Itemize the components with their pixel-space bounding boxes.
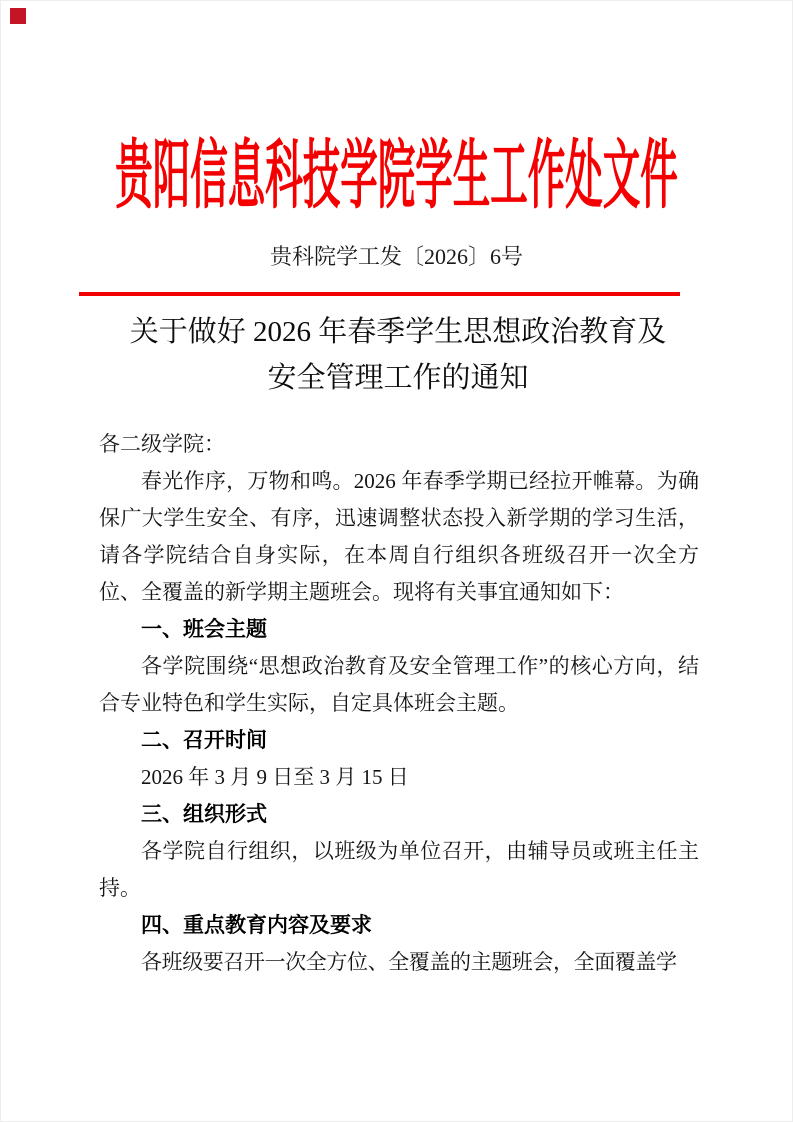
document-page: 贵阳信息科技学院学生工作处文件 贵科院学工发〔2026〕6号 关于做好 2026… bbox=[0, 0, 793, 1122]
section-1-heading: 一、班会主题 bbox=[99, 611, 699, 648]
red-header-banner: 贵阳信息科技学院学生工作处文件 bbox=[0, 134, 793, 220]
notice-title-line1: 关于做好 2026 年春季学生思想政治教育及 bbox=[96, 309, 700, 355]
doc-number: 贵科院学工发〔2026〕6号 bbox=[0, 241, 793, 273]
notice-title: 关于做好 2026 年春季学生思想政治教育及 安全管理工作的通知 bbox=[96, 309, 700, 401]
section-3-body: 各学院自行组织，以班级为单位召开，由辅导员或班主任主持。 bbox=[99, 833, 699, 907]
section-2-body: 2026 年 3 月 9 日至 3 月 15 日 bbox=[99, 759, 699, 796]
notice-body: 各二级学院： 春光作序，万物和鸣。2026 年春季学期已经拉开帷幕。为确保广大学… bbox=[99, 426, 699, 981]
red-corner-mark bbox=[10, 8, 26, 24]
section-1-body: 各学院围绕“思想政治教育及安全管理工作”的核心方向，结合专业特色和学生实际，自定… bbox=[99, 648, 699, 722]
org-title: 贵阳信息科技学院学生工作处文件 bbox=[115, 134, 678, 220]
section-2-heading: 二、召开时间 bbox=[99, 722, 699, 759]
section-3-heading: 三、组织形式 bbox=[99, 796, 699, 833]
section-4-body: 各班级要召开一次全方位、全覆盖的主题班会，全面覆盖学 bbox=[99, 944, 699, 981]
red-divider-rule bbox=[79, 292, 680, 296]
section-4-heading: 四、重点教育内容及要求 bbox=[99, 907, 699, 944]
salutation: 各二级学院： bbox=[99, 426, 699, 463]
intro-paragraph: 春光作序，万物和鸣。2026 年春季学期已经拉开帷幕。为确保广大学生安全、有序，… bbox=[99, 463, 699, 611]
notice-title-line2: 安全管理工作的通知 bbox=[96, 355, 700, 401]
